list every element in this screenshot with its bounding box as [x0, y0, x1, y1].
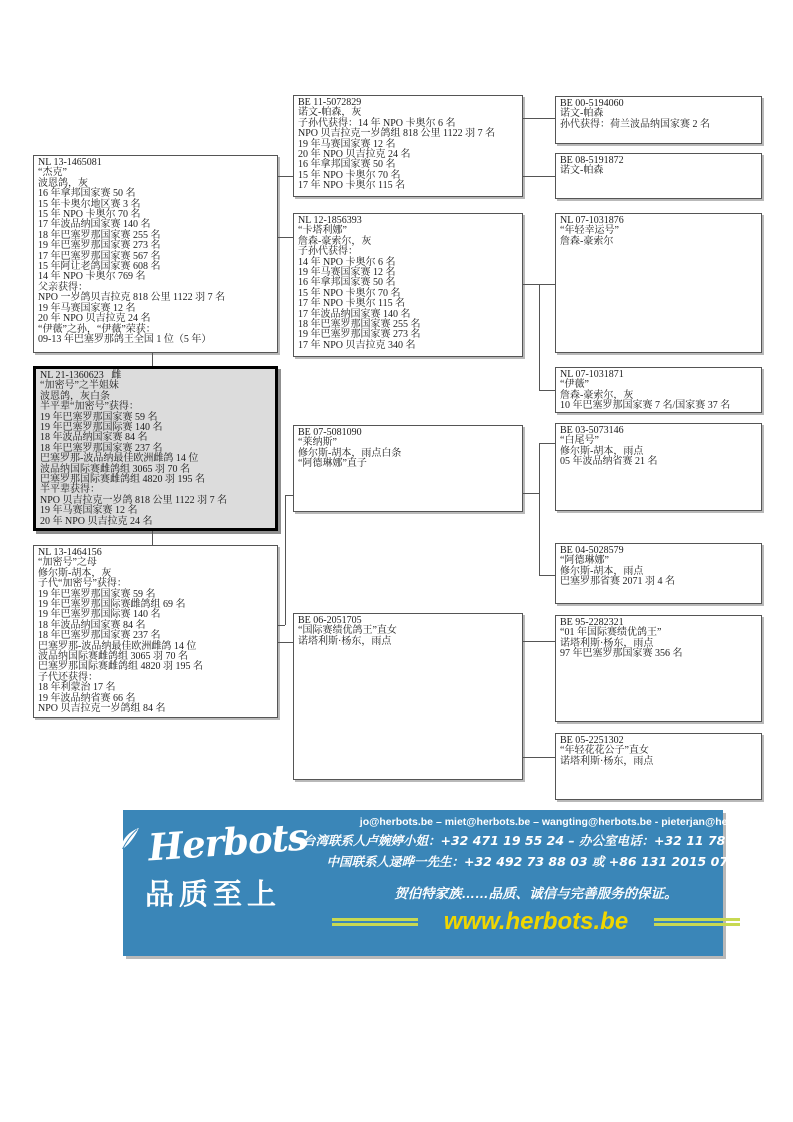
- pedigree-box-dam-sire-sire: BE 03-5073146“白尾号”修尔斯-胡本，雨点05 年波品纳省赛 21 …: [555, 423, 762, 511]
- pedigree-box-sire-lines: NL 13-1465081“杰克”波恩鸽，灰16 年拿邦国家赛 50 名15 年…: [38, 158, 273, 345]
- connector-line: [539, 284, 540, 390]
- pedigree-text-line: NPO 贝吉拉克一岁鸽组 84 名: [38, 704, 273, 714]
- herbots-logo-slogan: 品质至上: [145, 872, 281, 913]
- pedigree-text-line: 巴塞罗那省赛 2071 羽 4 名: [560, 577, 757, 587]
- pedigree-text-line: 诺塔利斯·杨东，雨点: [298, 637, 518, 647]
- pedigree-box-sire: NL 13-1465081“杰克”波恩鸽，灰16 年拿邦国家赛 50 名15 年…: [33, 155, 278, 353]
- herbots-contact-taiwan: 台湾联系人卢婉婷小姐：+32 471 19 55 24 – 办公室电话：+32 …: [303, 831, 769, 849]
- pedigree-box-sire-sire-dam-lines: BE 08-5191872诺文-帕森: [560, 156, 757, 177]
- herbots-contact-china: 中国联系人逯晔一先生：+32 492 73 88 03 或 +86 131 20…: [327, 852, 746, 870]
- connector-line: [539, 390, 555, 391]
- pedigree-box-dam-dam: BE 06-2051705“国际赛绩优鸽王”直女诺塔利斯·杨东，雨点: [293, 613, 523, 780]
- pedigree-text-line: 97 年巴塞罗那国家赛 356 名: [560, 649, 757, 659]
- connector-line: [523, 493, 539, 494]
- pedigree-box-dam-dam-dam: BE 05-2251302“年轻花花公子”直女诺塔利斯·杨东，雨点: [555, 733, 762, 800]
- pedigree-box-dam-dam-dam-lines: BE 05-2251302“年轻花花公子”直女诺塔利斯·杨东，雨点: [560, 736, 757, 767]
- pedigree-box-dam-dam-sire-lines: BE 95-2282321“01 年国际赛绩优鸽王”诺塔利斯·杨东，雨点97 年…: [560, 618, 757, 660]
- herbots-banner: Herbots 品质至上 jo@herbots.be – miet@herbot…: [123, 810, 723, 956]
- connector-line: [523, 757, 555, 758]
- pedigree-box-sire-dam-lines: NL 12-1856393“卡塔利娜”詹森-豪索尔，灰子孙代获得：14 年 NP…: [298, 216, 518, 351]
- pedigree-box-dam-sire: BE 07-5081090“莱纳斯”修尔斯-胡本，雨点白条“阿德琳娜”直子: [293, 425, 523, 512]
- connector-line: [523, 176, 555, 177]
- herbots-emails: jo@herbots.be – miet@herbots.be – wangti…: [360, 816, 769, 828]
- pedigree-box-subject-lines: NL 21-1360623 雌“加密号”之半姐妹波恩鸽，灰白条半平辈“加密号”获…: [40, 371, 271, 527]
- pedigree-text-line: 17 年 NPO 卡奥尔 115 名: [298, 181, 518, 191]
- pedigree-box-dam-sire-dam: BE 04-5028579“阿德琳娜”修尔斯-胡本，雨点巴塞罗那省赛 2071 …: [555, 543, 762, 604]
- pedigree-box-sire-dam: NL 12-1856393“卡塔利娜”詹森-豪索尔，灰子孙代获得：14 年 NP…: [293, 213, 523, 357]
- connector-line: [278, 625, 285, 626]
- connector-line: [278, 176, 293, 177]
- pedigree-text-line: NL 07-1031871: [560, 370, 757, 380]
- pedigree-box-dam-sire-dam-lines: BE 04-5028579“阿德琳娜”修尔斯-胡本，雨点巴塞罗那省赛 2071 …: [560, 546, 757, 588]
- pedigree-text-line: 诺文-帕森: [560, 166, 757, 176]
- pedigree-box-dam-dam-lines: BE 06-2051705“国际赛绩优鸽王”直女诺塔利斯·杨东，雨点: [298, 616, 518, 647]
- pedigree-text-line: 17 年 NPO 贝吉拉克 340 名: [298, 341, 518, 351]
- pedigree-text-line: 20 年 NPO 贝吉拉克 24 名: [38, 314, 273, 324]
- pedigree-text-line: 詹森-豪索尔: [560, 237, 757, 247]
- connector-line: [523, 118, 555, 119]
- pedigree-box-sire-dam-dam-lines: NL 07-1031871“伊薇”詹森-豪索尔，灰10 年巴塞罗那国家赛 7 名…: [560, 370, 757, 412]
- pedigree-box-sire-dam-sire-lines: NL 07-1031876“年轻幸运号”詹森-豪索尔: [560, 216, 757, 247]
- pedigree-box-sire-dam-dam: NL 07-1031871“伊薇”詹森-豪索尔，灰10 年巴塞罗那国家赛 7 名…: [555, 367, 762, 413]
- connector-line: [539, 443, 540, 575]
- pedigree-text-line: 20 年 NPO 贝吉拉克 24 名: [40, 517, 271, 527]
- pedigree-box-sire-sire-sire-lines: BE 00-5194060诺文-帕森孙代获得：荷兰波品纳国家赛 2 名: [560, 99, 757, 130]
- pedigree-text-line: “阿德琳娜”直子: [298, 459, 518, 469]
- pedigree-text-line: 09-13 年巴塞罗那鸽王全国 1 位（5 年）: [38, 335, 273, 345]
- connector-line: [152, 531, 153, 545]
- pedigree-box-sire-sire-dam: BE 08-5191872诺文-帕森: [555, 153, 762, 199]
- connector-line: [285, 495, 293, 496]
- pedigree-box-subject: NL 21-1360623 雌“加密号”之半姐妹波恩鸽，灰白条半平辈“加密号”获…: [33, 366, 278, 531]
- feather-icon: [115, 826, 147, 858]
- herbots-website-row: www.herbots.be: [332, 908, 740, 936]
- herbots-website: www.herbots.be: [444, 908, 628, 936]
- pedigree-box-sire-sire: BE 11-5072829诺文-帕森，灰子孙代获得：14 年 NPO 卡奥尔 6…: [293, 95, 523, 197]
- herbots-logo-text: Herbots: [147, 818, 309, 865]
- pedigree-page: NL 13-1465081“杰克”波恩鸽，灰16 年拿邦国家赛 50 名15 年…: [0, 0, 793, 1122]
- connector-line: [539, 443, 555, 444]
- connector-line: [285, 495, 286, 625]
- pedigree-box-dam-lines: NL 13-1464156“加密号”之母修尔斯-胡本，灰子代“加密号”获得：19…: [38, 548, 273, 715]
- herbots-family-slogan: 贺伯特家族……品质、诚信与完善服务的保证。: [394, 882, 678, 902]
- herbots-contact-block: jo@herbots.be – miet@herbots.be – wangti…: [303, 810, 773, 956]
- pedigree-box-dam-sire-lines: BE 07-5081090“莱纳斯”修尔斯-胡本，雨点白条“阿德琳娜”直子: [298, 428, 518, 470]
- pedigree-box-sire-dam-sire: NL 07-1031876“年轻幸运号”詹森-豪索尔: [555, 213, 762, 353]
- pedigree-text-line: NL 13-1465081: [38, 158, 273, 168]
- connector-line: [278, 237, 293, 238]
- pedigree-text-line: 10 年巴塞罗那国家赛 7 名/国家赛 37 名: [560, 401, 757, 411]
- pedigree-box-sire-sire-sire: BE 00-5194060诺文-帕森孙代获得：荷兰波品纳国家赛 2 名: [555, 96, 762, 144]
- double-rule-left: [332, 918, 418, 926]
- pedigree-text-line: 孙代获得：荷兰波品纳国家赛 2 名: [560, 120, 757, 130]
- pedigree-text-line: 诺塔利斯·杨东，雨点: [560, 757, 757, 767]
- connector-line: [539, 575, 555, 576]
- connector-line: [152, 353, 153, 366]
- pedigree-box-dam-sire-sire-lines: BE 03-5073146“白尾号”修尔斯-胡本，雨点05 年波品纳省赛 21 …: [560, 426, 757, 468]
- double-rule-right: [654, 918, 740, 926]
- pedigree-box-sire-sire-lines: BE 11-5072829诺文-帕森，灰子孙代获得：14 年 NPO 卡奥尔 6…: [298, 98, 518, 192]
- herbots-logo-block: Herbots 品质至上: [123, 810, 303, 956]
- connector-line: [278, 642, 293, 643]
- pedigree-box-dam: NL 13-1464156“加密号”之母修尔斯-胡本，灰子代“加密号”获得：19…: [33, 545, 278, 718]
- pedigree-box-dam-dam-sire: BE 95-2282321“01 年国际赛绩优鸽王”诺塔利斯·杨东，雨点97 年…: [555, 615, 762, 722]
- connector-line: [523, 641, 555, 642]
- pedigree-text-line: 05 年波品纳省赛 21 名: [560, 457, 757, 467]
